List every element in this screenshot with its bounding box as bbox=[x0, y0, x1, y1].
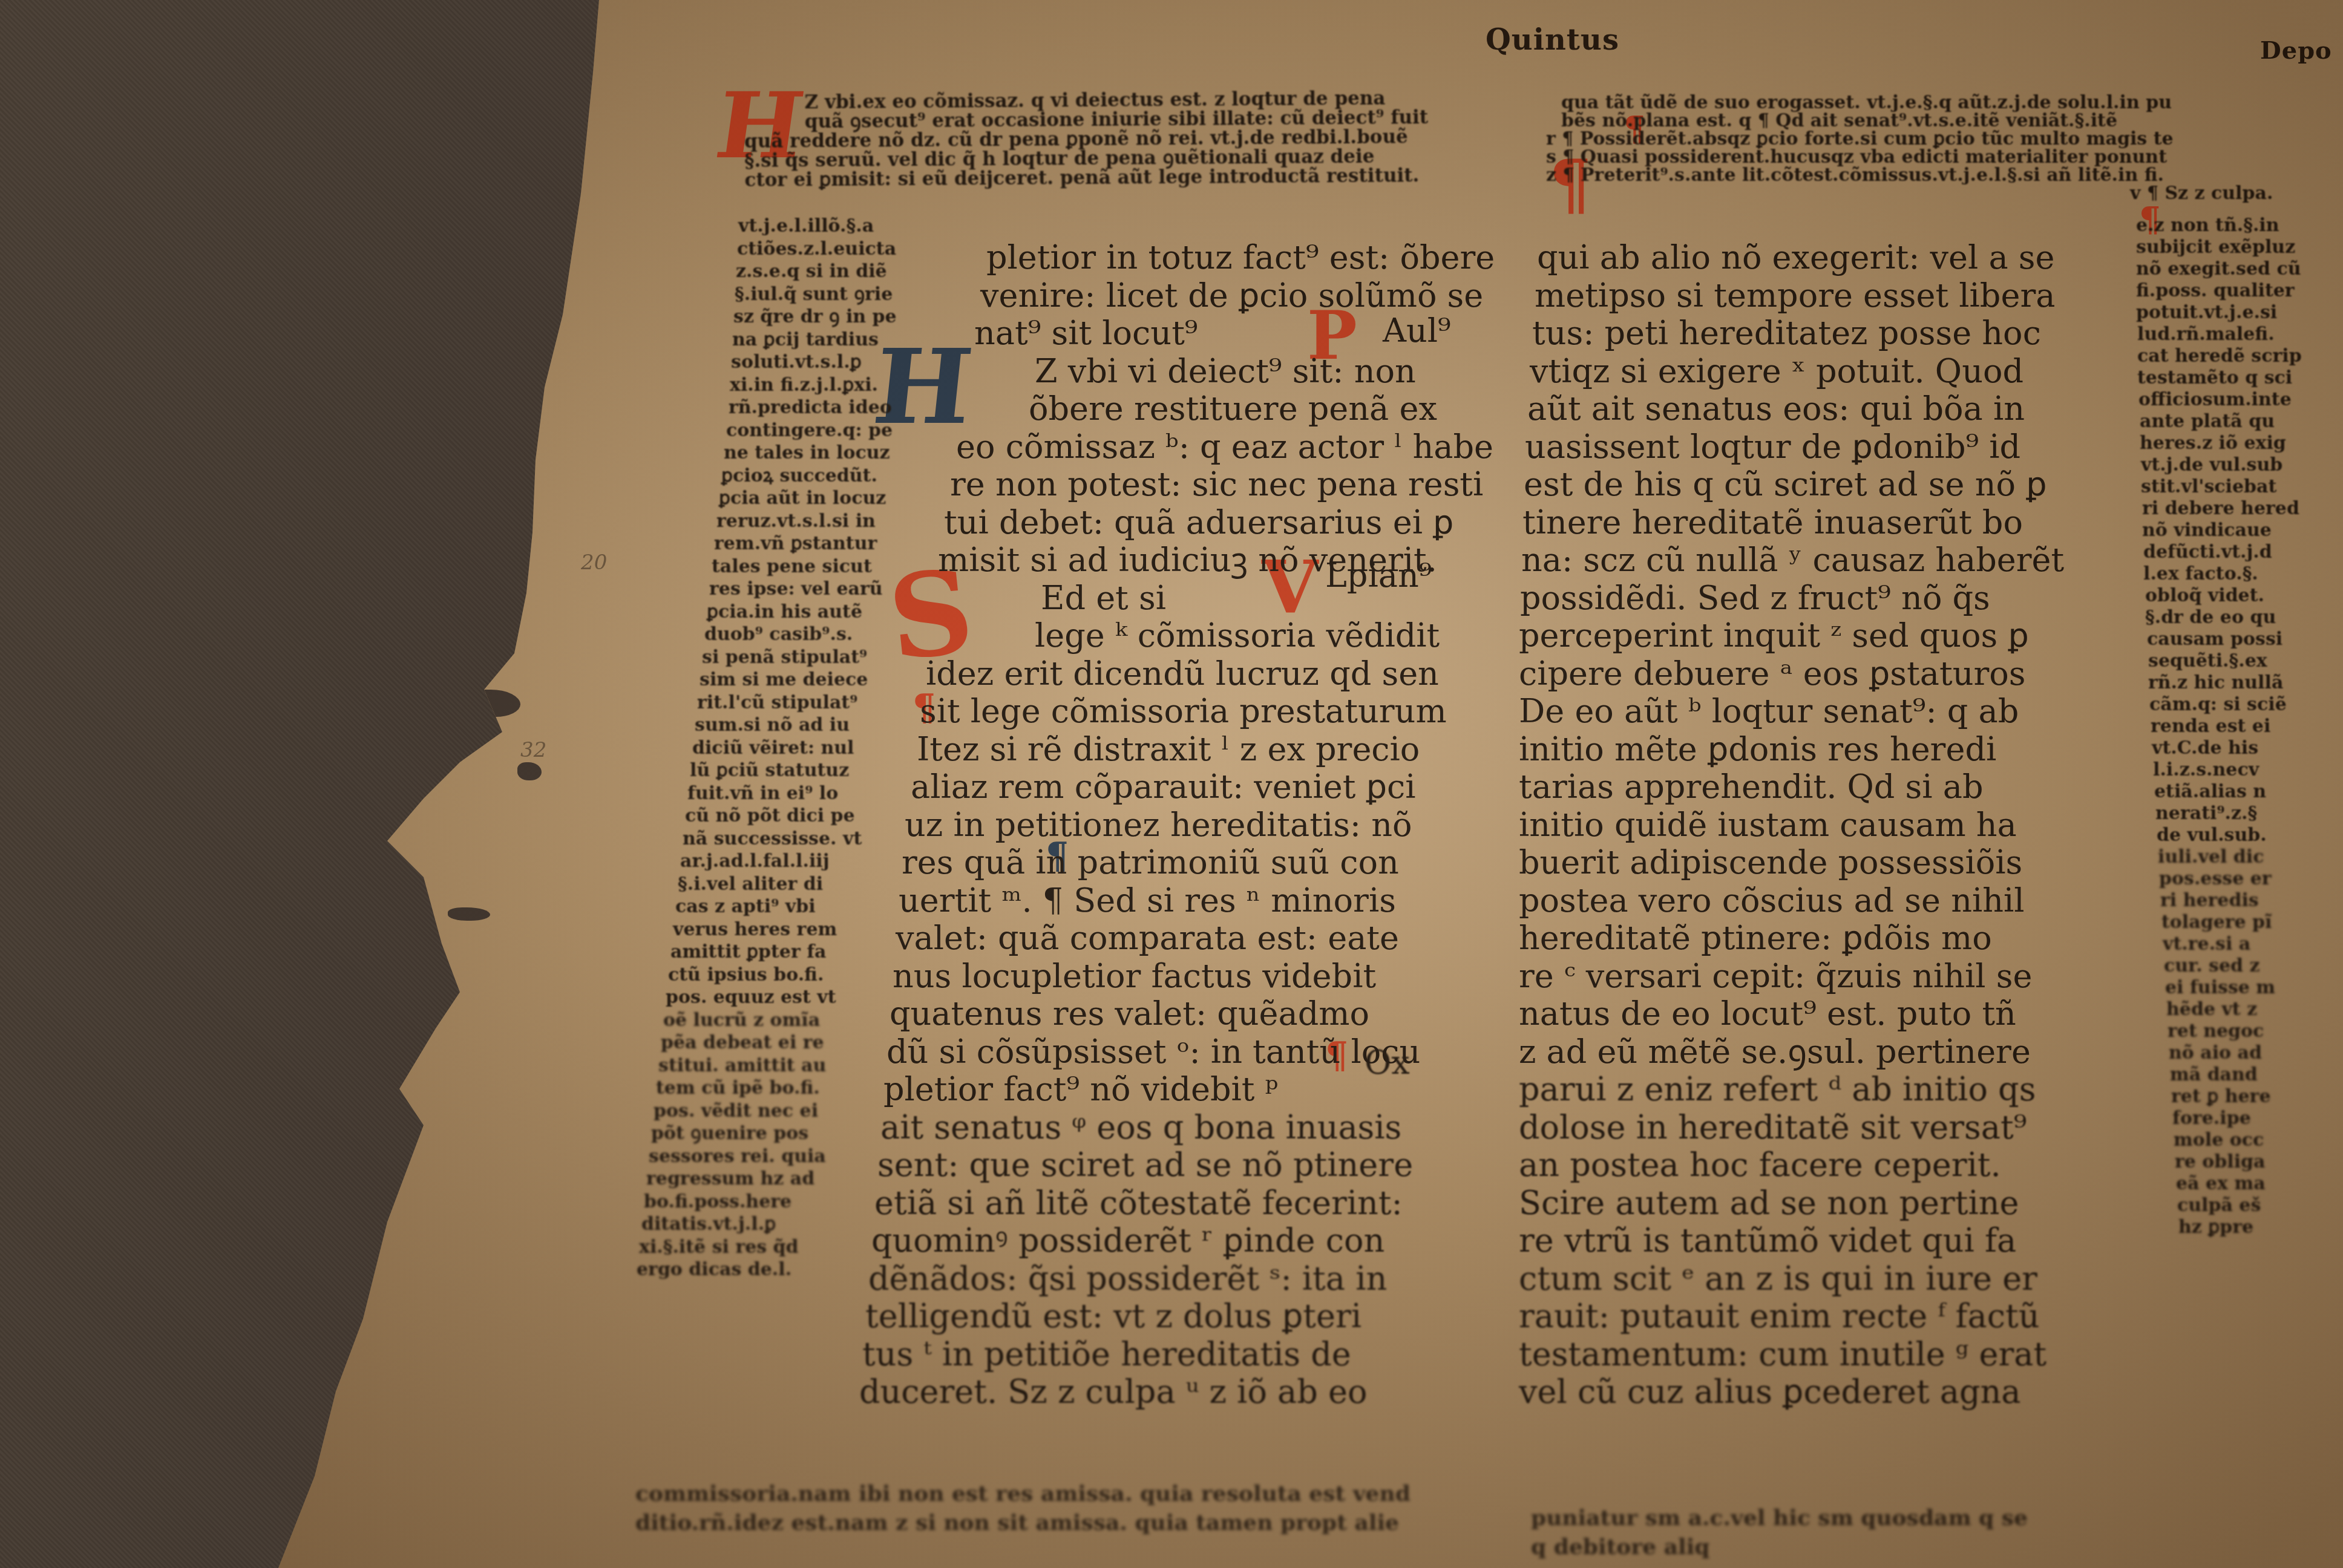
text-line: initio mẽte ꝑdonis res heredi bbox=[1519, 731, 2064, 769]
text-line: re vtrũ is tantũmõ videt qui fa bbox=[1519, 1222, 2064, 1260]
gloss-bottom-right: puniatur sm a.c.vel hic sm quosdam q se … bbox=[1531, 1503, 2028, 1561]
text-line: hereditatẽ ptinere: ꝑdõis mo bbox=[1519, 920, 2064, 958]
gloss-line: sequẽti.§.ex bbox=[2148, 650, 2302, 672]
red-paragraph-mark-gloss-2: ¶ bbox=[1549, 145, 1591, 223]
gloss-line: Z vbi.ex eo cõmissaz. q vi deiectus est.… bbox=[744, 88, 1428, 113]
gloss-line: puniatur sm a.c.vel hic sm quosdam q se bbox=[1531, 1503, 2028, 1532]
gloss-line: reruz.vt.s.l.si in bbox=[716, 510, 944, 533]
gloss-line: contingere.q: pe bbox=[726, 419, 944, 442]
text-line: vel cũ cuz alius ꝑcederet agna bbox=[1519, 1373, 2064, 1411]
text-line: quatenus res valet: quẽadmo bbox=[890, 995, 1495, 1033]
gloss-line: ꝑcia.in his autẽ bbox=[707, 601, 944, 624]
main-text-column-1: pletior in totuz fact⁹ est: õbere venire… bbox=[859, 239, 1495, 1411]
gloss-line: lũ ꝑciũ statutuz bbox=[690, 759, 944, 782]
gloss-line: v ¶ Sz z culpa. bbox=[2130, 185, 2273, 203]
text-line: pletior fact⁹ nõ videbit ᵖ bbox=[883, 1071, 1495, 1109]
gloss-line: vt.re.si a bbox=[2163, 933, 2302, 955]
gloss-line: nã successisse. vt bbox=[683, 828, 944, 851]
inline-word-ulpianus: Lpian⁹ bbox=[1325, 557, 1432, 595]
gloss-line: cũ nõ põt dici pe bbox=[685, 805, 944, 828]
gloss-line: iuli.vel dic bbox=[2158, 846, 2302, 868]
handwritten-note: 32 bbox=[520, 738, 546, 762]
gloss-line: amittit ꝑpter fa bbox=[670, 941, 944, 964]
gloss-line: cas z apti⁹ vbi bbox=[675, 895, 944, 918]
inline-word-mox: Ox bbox=[1365, 1044, 1410, 1082]
gloss-line: bẽs nõ.plana est. q ¶ Qd ait senat⁹.vt.s… bbox=[1561, 112, 2273, 130]
gloss-line: §.si q̃s seruũ. vel dic q̃ h loqtur de p… bbox=[744, 146, 1429, 171]
text-line: initio quidẽ iustam causam ha bbox=[1519, 806, 2064, 844]
text-line: aliaz rem cõparauit: veniet ꝑci bbox=[911, 768, 1495, 806]
gloss-line: e.z non tñ.§.in bbox=[2136, 215, 2302, 237]
text-line: idez erit dicendũ lucruz qd sen bbox=[926, 655, 1495, 693]
text-line: tui debet: quã aduersarius ei ꝑ bbox=[944, 504, 1495, 542]
gloss-line: cur. sed z bbox=[2164, 955, 2302, 977]
red-paragraph-mark: ¶ bbox=[913, 687, 936, 729]
text-line: dẽnãdos: q̃si possiderẽt ˢ: ita in bbox=[868, 1260, 1495, 1298]
gloss-line: stitui. amittit au bbox=[658, 1054, 944, 1077]
text-line: eo cõmissaz ᵇ: q eaz actor ˡ habe bbox=[956, 428, 1495, 466]
text-line: buerit adipiscende possessiõis bbox=[1519, 844, 2064, 882]
text-line: Z vbi vi deiect⁹ sit: non bbox=[1035, 353, 1495, 391]
gloss-line: bo.fi.poss.here bbox=[644, 1191, 944, 1214]
gloss-left: vt.j.e.l.illõ.§.a ctiões.z.l.euicta z.s.… bbox=[714, 215, 944, 1281]
gloss-line: nõ aio ad bbox=[2169, 1042, 2302, 1064]
red-paragraph-mark-gloss-3: ¶ bbox=[2139, 200, 2161, 240]
gloss-line: ne tales in locuz bbox=[724, 442, 944, 465]
gloss-line: ante platã qu bbox=[2140, 411, 2302, 433]
gloss-line: pos. vẽdit nec ei bbox=[654, 1100, 944, 1123]
red-initial-ulpianus: V bbox=[1262, 544, 1318, 630]
gloss-line: lud.rñ.malefi. bbox=[2137, 324, 2302, 345]
text-line: venire: licet de ꝑcio solũmõ se bbox=[980, 277, 1495, 315]
gloss-line: oẽ lucrũ z omĩa bbox=[663, 1009, 944, 1032]
gloss-line: rñ.z hic nullã bbox=[2148, 672, 2302, 694]
text-line: parui z eniz refert ᵈ ab initio qs bbox=[1519, 1071, 2064, 1109]
gloss-line: fuit.vñ in ei⁹ lo bbox=[687, 782, 944, 805]
gloss-line: culpã eš bbox=[2177, 1195, 2302, 1217]
gloss-line: §.dr de eo qu bbox=[2145, 607, 2302, 629]
text-line: z ad eũ mẽtẽ se.ꝯsul. pertinere bbox=[1519, 1033, 2064, 1071]
text-line: Itez si rẽ distraxit ˡ z ex precio bbox=[917, 731, 1495, 769]
gloss-line: rñ.predicta ideo bbox=[729, 396, 944, 419]
gloss-line: ar.j.ad.l.fal.l.iij bbox=[680, 850, 944, 873]
gloss-line: hz ꝑpre bbox=[2178, 1217, 2302, 1238]
gloss-line: causam possi bbox=[2147, 629, 2302, 650]
gloss-line: fi.poss. qualiter bbox=[2136, 280, 2302, 302]
gloss-line: s ¶ Quasi possiderent.hucusqz vba edicti… bbox=[1546, 148, 2273, 166]
gloss-line: mole occ bbox=[2174, 1129, 2302, 1151]
text-line: cipere debuere ᵃ eos ꝑstaturos bbox=[1519, 655, 2064, 693]
gloss-line: §.i.vel aliter di bbox=[678, 873, 944, 896]
gloss-line: defũcti.vt.j.d bbox=[2143, 541, 2302, 563]
gloss-line: tolagere pĩ bbox=[2161, 912, 2302, 933]
gloss-line: z ¶ Preterit⁹.s.ante lit.cõtest.cõmissus… bbox=[1546, 166, 2273, 185]
gloss-line: commissoria.nam ibi non est res amissa. … bbox=[635, 1479, 1411, 1508]
gloss-line: rem.vñ ꝑstantur bbox=[714, 532, 944, 555]
gloss-line: cat heredẽ scrip bbox=[2137, 345, 2302, 367]
gloss-line: ditio.rñ.idez est.nam z si non sit amiss… bbox=[635, 1508, 1411, 1537]
text-line: dolose in hereditatẽ sit versat⁹ bbox=[1519, 1109, 2064, 1147]
text-line: vtiqz si exigere ˣ potuit. Quod bbox=[1530, 353, 2064, 391]
text-line: lege ᵏ cõmissoria vẽdidit bbox=[1035, 617, 1495, 655]
paper-hole bbox=[448, 907, 490, 921]
gloss-line: ei fuisse m bbox=[2165, 977, 2302, 999]
text-line: Ed et si bbox=[1041, 580, 1495, 618]
text-line: postea vero cõscius ad se nihil bbox=[1519, 882, 2064, 920]
gloss-line: l.ex facto.§. bbox=[2143, 563, 2302, 585]
main-text-column-2: qui ab alio nõ exegerit: vel a se metips… bbox=[1513, 239, 2064, 1411]
red-initial-top: H bbox=[710, 73, 810, 179]
gloss-line: officiosum.inte bbox=[2138, 389, 2302, 411]
red-paragraph-mark-gloss: ¶ bbox=[1624, 109, 1645, 149]
gloss-top: Z vbi.ex eo cõmissaz. q vi deiectus est.… bbox=[744, 88, 1428, 190]
gloss-line: z.s.e.q si in diẽ bbox=[736, 260, 944, 283]
text-line: uertit ᵐ. ¶ Sed si res ⁿ minoris bbox=[899, 882, 1495, 920]
gloss-line: quã reddere nõ dz. cũ dr pena ꝑponẽ nõ r… bbox=[744, 127, 1429, 151]
text-line: uz in petitionez hereditatis: nõ bbox=[905, 806, 1495, 844]
gloss-line: ergo dicas de.l. bbox=[637, 1258, 944, 1281]
text-line: ait senatus ᵠ eos q bona inuasis bbox=[880, 1109, 1495, 1147]
gloss-line: nõ exegit.sed cũ bbox=[2136, 258, 2302, 280]
gloss-line: ꝑcioꝝ succedũt. bbox=[721, 465, 944, 488]
gloss-line: res ipse: vel earũ bbox=[709, 578, 944, 601]
gloss-line: rit.l'cũ stipulat⁹ bbox=[697, 691, 944, 714]
handwritten-note: 20 bbox=[581, 550, 607, 575]
text-line: rauit: putauit enim recte ᶠ factũ bbox=[1519, 1298, 2064, 1336]
gloss-line: diciũ vẽiret: nul bbox=[692, 737, 944, 760]
gloss-line: l.i.z.s.necv bbox=[2153, 759, 2302, 781]
text-line: an postea hoc facere ceperit. bbox=[1519, 1146, 2064, 1184]
gloss-line: vt.C.de his bbox=[2152, 737, 2302, 759]
gloss-line: q debitore aliq bbox=[1531, 1532, 2028, 1561]
text-line: sit lege cõmissoria prestaturum bbox=[920, 693, 1495, 731]
text-line: re ᶜ versari cepit: q̃zuis nihil se bbox=[1519, 958, 2064, 996]
gloss-line: na ꝑcij tardius bbox=[732, 328, 944, 351]
gloss-line: potuit.vt.j.e.si bbox=[2136, 302, 2302, 324]
gloss-line: xi.in fi.z.j.l.ꝑxi. bbox=[730, 374, 944, 397]
gloss-line: põt ꝯuenire pos bbox=[651, 1122, 944, 1145]
text-line: est de his q cũ sciret ad se nõ ꝑ bbox=[1524, 466, 2064, 504]
gloss-line: ctiões.z.l.euicta bbox=[737, 238, 944, 261]
text-line: sent: que sciret ad se nõ ptinere bbox=[877, 1146, 1495, 1184]
gloss-line: ri heredis bbox=[2160, 890, 2302, 912]
text-line: Scire autem ad se non pertine bbox=[1519, 1184, 2064, 1223]
text-line: perceperint inquit ᶻ sed quos ꝑ bbox=[1519, 617, 2064, 655]
running-head-center: Quintus bbox=[1486, 23, 1619, 57]
text-line: dũ si cõsũpsisset ᵒ: in tantũ locu bbox=[886, 1033, 1495, 1071]
gloss-line: obloq̃ videt. bbox=[2145, 585, 2302, 607]
red-paragraph-mark-2: ¶ bbox=[1325, 1034, 1348, 1077]
text-line: De eo aũt ᵇ loqtur senat⁹: q ab bbox=[1519, 693, 2064, 731]
text-line: testamentum: cum inutile ᵍ erat bbox=[1519, 1336, 2064, 1374]
gloss-line: etiã.alias n bbox=[2154, 781, 2302, 803]
gloss-line: duob⁹ casib⁹.s. bbox=[704, 623, 944, 646]
gloss-line: pos.esse er bbox=[2159, 868, 2302, 890]
gloss-line: renda est ei bbox=[2151, 716, 2302, 737]
blue-initial-main: H bbox=[868, 327, 978, 448]
text-line: nat⁹ sit locut⁹ bbox=[974, 315, 1495, 353]
text-line: metipso si tempore esset libera bbox=[1535, 277, 2064, 315]
text-line: õbere restituere penã ex bbox=[1029, 390, 1495, 428]
text-line: nus locupletior factus videbit bbox=[893, 958, 1495, 996]
gloss-line: sz q̃re dr ꝯ in pe bbox=[733, 305, 944, 328]
gloss-line: ꝑcia aũt in locuz bbox=[719, 487, 944, 510]
text-line: telligendũ est: vt z dolus ꝑteri bbox=[865, 1298, 1495, 1336]
gloss-line: r ¶ Possiderẽt.absqz ꝑcio forte.si cum ꝑ… bbox=[1546, 130, 2273, 148]
gloss-line: re obliga bbox=[2175, 1151, 2302, 1173]
text-line: re non potest: sic nec pena resti bbox=[950, 466, 1495, 504]
text-line: valet: quã comparata est: eate bbox=[896, 920, 1495, 958]
gloss-line: pẽa debeat ei re bbox=[661, 1031, 944, 1054]
text-line: tus: peti hereditatez posse hoc bbox=[1532, 315, 2064, 353]
red-initial-paulus: P bbox=[1307, 296, 1357, 374]
gloss-line: ret ꝑ here bbox=[2171, 1086, 2302, 1108]
gloss-line: tem cũ ipẽ bo.fi. bbox=[656, 1077, 944, 1100]
gloss-right: e.z non tñ.§.in subijcit exẽpluz nõ exeg… bbox=[2130, 215, 2302, 1238]
text-line: pletior in totuz fact⁹ est: õbere bbox=[986, 239, 1495, 277]
gloss-line: ret negoc bbox=[2168, 1021, 2302, 1042]
gloss-line: pos. equuz est vt bbox=[666, 986, 944, 1009]
gloss-line: hẽde vt z bbox=[2166, 999, 2302, 1021]
gloss-line: cãm.q: si sciẽ bbox=[2149, 694, 2302, 716]
gloss-line: sum.si nõ ad iu bbox=[695, 714, 944, 737]
gloss-line: nerati⁹.z.§ bbox=[2155, 803, 2302, 825]
text-line: tus ᵗ in petitiõe hereditatis de bbox=[862, 1336, 1495, 1374]
text-line: aũt ait senatus eos: qui bõa in bbox=[1527, 390, 2064, 428]
text-line: duceret. Sz z culpa ᵘ z iõ ab eo bbox=[859, 1373, 1495, 1411]
gloss-line: regressum hz ad bbox=[646, 1168, 944, 1191]
gloss-bottom: commissoria.nam ibi non est res amissa. … bbox=[635, 1479, 1411, 1537]
gloss-right-top: qua tãt ũdẽ de suo erogasset. vt.j.e.§.q… bbox=[1561, 94, 2273, 203]
gloss-line: testamẽto q sci bbox=[2137, 367, 2302, 389]
gloss-line: mã dand bbox=[2170, 1064, 2302, 1086]
inline-word-paulus: Aul⁹ bbox=[1383, 312, 1451, 350]
gloss-line: ri debere hered bbox=[2142, 498, 2302, 520]
text-line: na: scz cũ nullã ʸ causaz haberẽt bbox=[1521, 541, 2064, 580]
gloss-line: qua tãt ũdẽ de suo erogasset. vt.j.e.§.q… bbox=[1561, 94, 2273, 112]
gloss-line: vt.j.e.l.illõ.§.a bbox=[738, 215, 944, 238]
text-line: tarias apprehendit. Qd si ab bbox=[1519, 768, 2064, 806]
gloss-line: xi.§.itẽ si res q̃d bbox=[639, 1236, 944, 1259]
gloss-line: eã ex ma bbox=[2176, 1173, 2302, 1195]
gloss-line: sessores rei. quia bbox=[649, 1145, 944, 1168]
gloss-line: ctor ei ꝑmisit: si eũ deijceret. penã aũ… bbox=[744, 166, 1429, 190]
paper-hole bbox=[517, 762, 542, 780]
gloss-line: nõ vindicaue bbox=[2142, 520, 2302, 541]
text-line: possidẽdi. Sed z fruct⁹ nõ q̃s bbox=[1520, 580, 2064, 618]
gloss-line: verus heres rem bbox=[673, 918, 944, 941]
text-line: misit si ad iudiciuꝫ nõ venerit. bbox=[938, 541, 1495, 580]
gloss-line: §.iul.q̃ sunt ꝯrie bbox=[735, 283, 944, 306]
text-line: natus de eo locut⁹ est. puto tñ bbox=[1519, 995, 2064, 1033]
text-line: uasissent loqtur de ꝑdonib⁹ id bbox=[1525, 428, 2064, 466]
gloss-line: fore.ipe bbox=[2172, 1108, 2302, 1129]
text-line: etiã si añ litẽ cõtestatẽ fecerint: bbox=[874, 1184, 1495, 1223]
gloss-line: vt.j.de vul.sub bbox=[2141, 454, 2302, 476]
gloss-line: de vul.sub. bbox=[2157, 825, 2302, 846]
text-line: res quã in patrimoniũ suũ con bbox=[902, 844, 1495, 882]
gloss-line: stit.vl'sciebat bbox=[2141, 476, 2302, 498]
gloss-line: si penã stipulat⁹ bbox=[702, 646, 944, 669]
text-line: ctum scit ᵉ an z is qui in iure er bbox=[1519, 1260, 2064, 1298]
red-initial-sed: S bbox=[883, 543, 980, 686]
gloss-line: subijcit exẽpluz bbox=[2136, 237, 2302, 258]
gloss-line: ctũ ipsius bo.fi. bbox=[668, 964, 944, 987]
gloss-line: tales pene sicut bbox=[712, 555, 944, 578]
gloss-line: quã ꝯsecut⁹ erat occasione iniurie sibi … bbox=[744, 108, 1429, 132]
gloss-line: heres.z iõ exig bbox=[2140, 433, 2302, 454]
gloss-line: sim si me deiece bbox=[700, 668, 944, 691]
gloss-line: ditatis.vt.j.l.ꝑ bbox=[641, 1213, 944, 1236]
gloss-line: soluti.vt.s.l.ꝑ bbox=[731, 351, 944, 374]
running-head-right: Depo bbox=[2260, 36, 2332, 65]
blue-paragraph-mark: ¶ bbox=[1046, 835, 1069, 877]
text-line: tinere hereditatẽ inuaserũt bo bbox=[1522, 504, 2064, 542]
text-line: quominꝰ possiderẽt ʳ ꝑinde con bbox=[871, 1222, 1495, 1260]
text-line: qui ab alio nõ exegerit: vel a se bbox=[1537, 239, 2064, 277]
